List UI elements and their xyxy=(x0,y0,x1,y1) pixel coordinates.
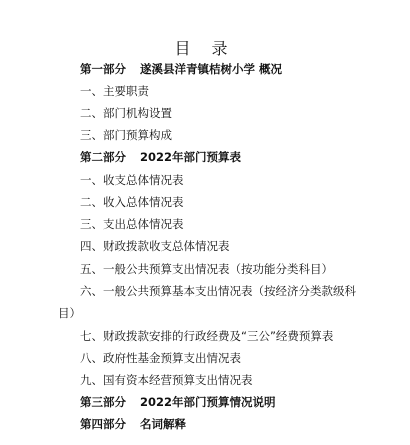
toc-item: 二、部门机构设置 xyxy=(80,106,172,120)
part2-label: 第二部分 xyxy=(80,150,126,164)
part1-label: 第一部分 xyxy=(80,62,126,76)
page-title: 目 录 xyxy=(0,36,410,59)
toc-item: 五、一般公共预算支出情况表（按功能分类科目） xyxy=(80,262,333,276)
part2-heading: 第二部分2022年部门预算表 xyxy=(80,150,241,164)
part3-name: 2022年部门预算情况说明 xyxy=(140,395,276,409)
toc-item: 一、主要职责 xyxy=(80,84,149,98)
toc-item-wrap: 目） xyxy=(58,306,81,320)
toc-item: 八、政府性基金预算支出情况表 xyxy=(80,351,241,365)
toc-item: 四、财政拨款收支总体情况表 xyxy=(80,239,230,253)
part3-label: 第三部分 xyxy=(80,395,126,409)
toc-item: 七、财政拨款安排的行政经费及“三公”经费预算表 xyxy=(80,329,333,343)
part1-heading: 第一部分遂溪县洋青镇桔树小学 概况 xyxy=(80,62,282,76)
toc-item: 九、国有资本经营预算支出情况表 xyxy=(80,373,253,387)
part4-label: 第四部分 xyxy=(80,417,126,431)
part1-name: 遂溪县洋青镇桔树小学 概况 xyxy=(140,62,282,76)
toc-item: 六、一般公共预算基本支出情况表（按经济分类款级科 xyxy=(80,284,356,298)
toc-item: 一、收支总体情况表 xyxy=(80,173,184,187)
toc-item: 二、收入总体情况表 xyxy=(80,195,184,209)
part4-heading: 第四部分名词解释 xyxy=(80,417,186,431)
toc-item: 三、支出总体情况表 xyxy=(80,217,184,231)
part3-heading: 第三部分2022年部门预算情况说明 xyxy=(80,395,276,409)
toc-item: 三、部门预算构成 xyxy=(80,128,172,142)
part2-name: 2022年部门预算表 xyxy=(140,150,241,164)
part4-name: 名词解释 xyxy=(140,417,186,431)
